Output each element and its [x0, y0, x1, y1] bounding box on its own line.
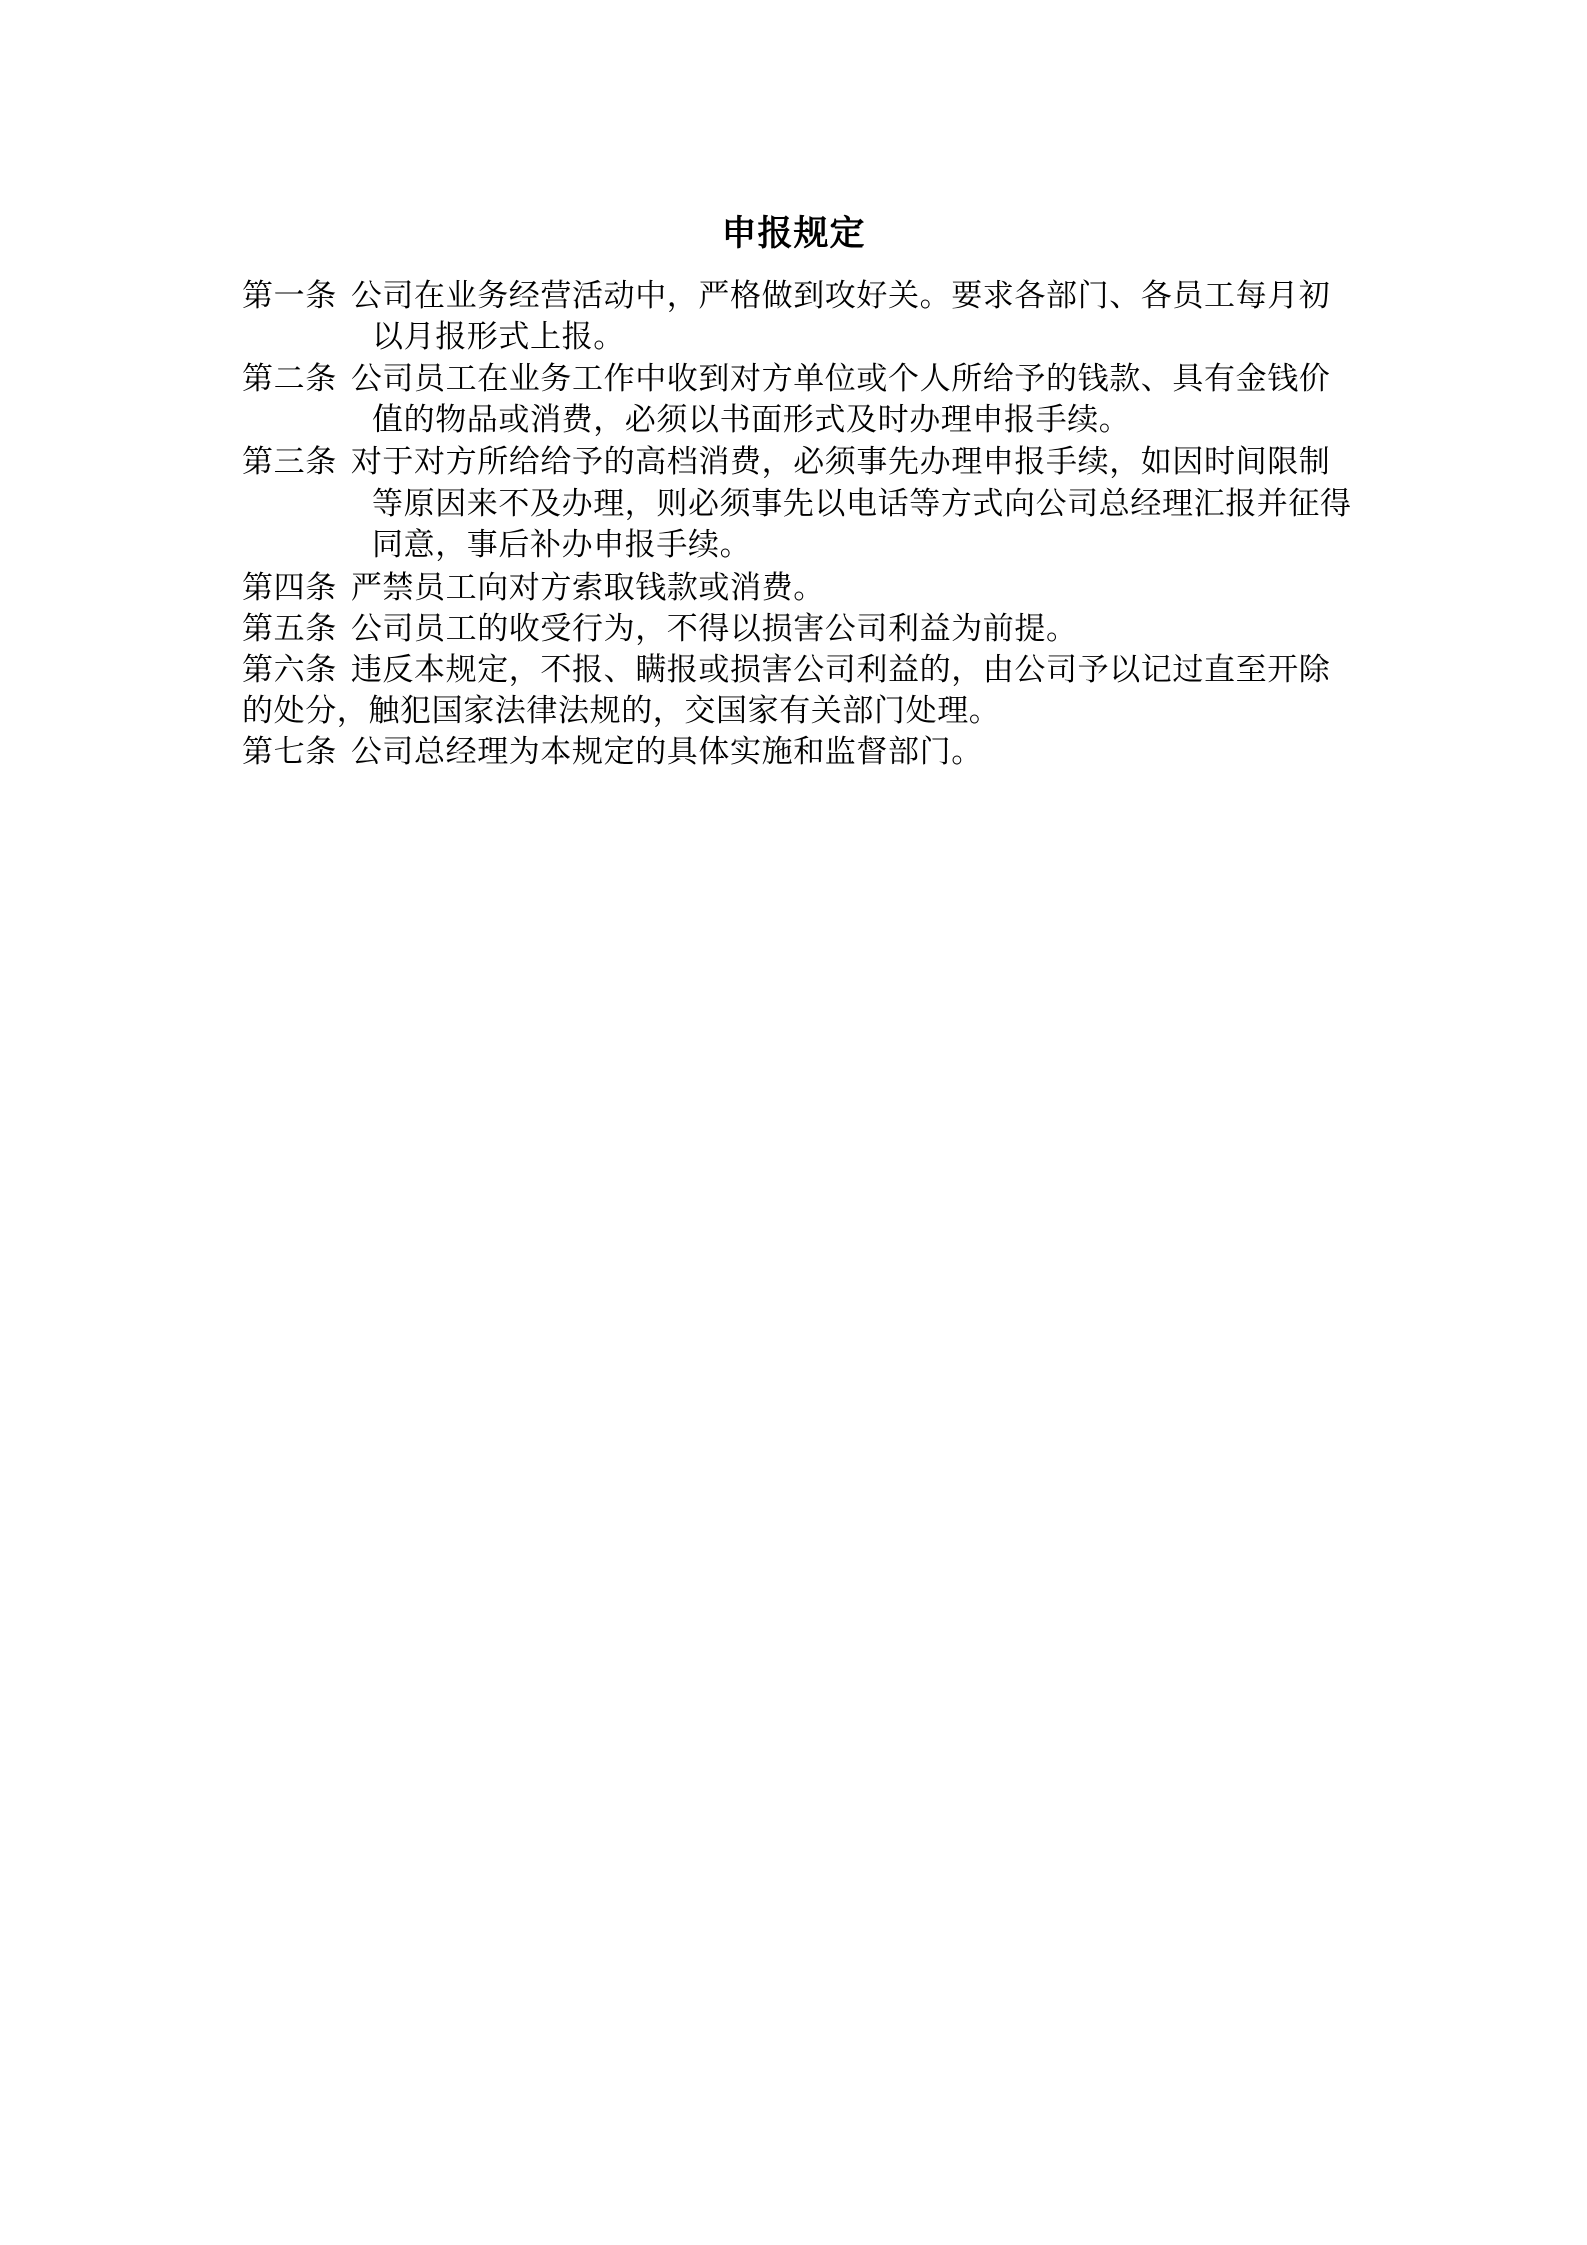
- article-text: 同意，事后补办申报手续。: [372, 527, 751, 563]
- article-label: 第三条: [242, 444, 337, 480]
- article-text: 等原因来不及办理，则必须事先以电话等方式向公司总经理汇报并征得: [372, 486, 1352, 522]
- article-5: 第五条公司员工的收受行为，不得以损害公司利益为前提。: [242, 611, 1078, 647]
- article-6: 第六条违反本规定，不报、瞒报或损害公司利益的，由公司予以记过直至开除: [242, 652, 1330, 688]
- article-3: 第三条对于对方所给给予的高档消费，必须事先办理申报手续，如因时间限制: [242, 444, 1330, 480]
- article-label: 第五条: [242, 611, 337, 647]
- article-6-continuation: 的处分，触犯国家法律法规的，交国家有关部门处理。: [242, 693, 1000, 729]
- article-text: 违反本规定，不报、瞒报或损害公司利益的，由公司予以记过直至开除: [351, 652, 1331, 688]
- article-2: 第二条公司员工在业务工作中收到对方单位或个人所给予的钱款、具有金钱价: [242, 361, 1330, 397]
- article-text: 严禁员工向对方索取钱款或消费。: [351, 570, 825, 606]
- article-1-continuation: 以月报形式上报。: [372, 319, 625, 355]
- article-text: 对于对方所给给予的高档消费，必须事先办理申报手续，如因时间限制: [351, 444, 1331, 480]
- article-label: 第一条: [242, 278, 337, 314]
- article-label: 第七条: [242, 734, 337, 770]
- article-label: 第二条: [242, 361, 337, 397]
- article-7: 第七条公司总经理为本规定的具体实施和监督部门。: [242, 734, 983, 770]
- article-text: 的处分，触犯国家法律法规的，交国家有关部门处理。: [242, 693, 1000, 729]
- article-text: 公司员工的收受行为，不得以损害公司利益为前提。: [351, 611, 1078, 647]
- article-4: 第四条严禁员工向对方索取钱款或消费。: [242, 570, 825, 606]
- article-text: 值的物品或消费，必须以书面形式及时办理申报手续。: [372, 402, 1130, 438]
- article-text: 公司在业务经营活动中，严格做到攻好关。要求各部门、各员工每月初: [351, 278, 1331, 314]
- article-1: 第一条公司在业务经营活动中，严格做到攻好关。要求各部门、各员工每月初: [242, 278, 1330, 314]
- article-3-continuation: 同意，事后补办申报手续。: [372, 527, 751, 563]
- article-text: 公司员工在业务工作中收到对方单位或个人所给予的钱款、具有金钱价: [351, 361, 1331, 397]
- article-label: 第六条: [242, 652, 337, 688]
- document-page: 申报规定 第一条公司在业务经营活动中，严格做到攻好关。要求各部门、各员工每月初 …: [0, 0, 1587, 2245]
- article-2-continuation: 值的物品或消费，必须以书面形式及时办理申报手续。: [372, 402, 1130, 438]
- document-title: 申报规定: [0, 212, 1587, 256]
- article-text: 公司总经理为本规定的具体实施和监督部门。: [351, 734, 983, 770]
- article-label: 第四条: [242, 570, 337, 606]
- article-3-continuation: 等原因来不及办理，则必须事先以电话等方式向公司总经理汇报并征得: [372, 486, 1352, 522]
- article-text: 以月报形式上报。: [372, 319, 625, 355]
